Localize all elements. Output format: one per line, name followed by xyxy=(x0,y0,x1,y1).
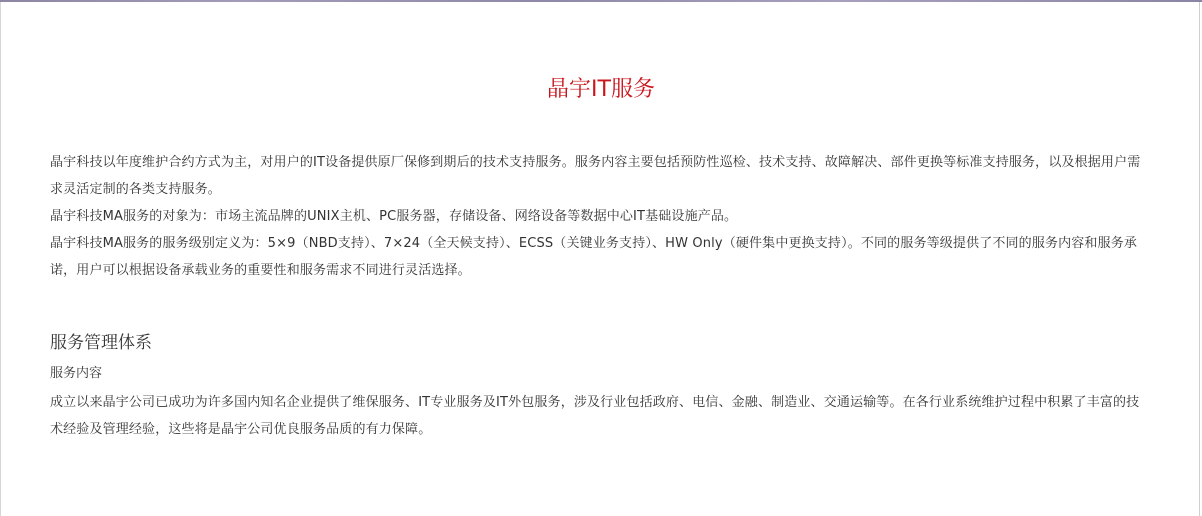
intro-paragraph-2: 晶宇科技MA服务的对象为：市场主流品牌的UNIX主机、PC服务器，存储设备、网络… xyxy=(50,203,1150,230)
intro-section: 晶宇科技以年度维护合约方式为主，对用户的IT设备提供原厂保修到期后的技术支持服务… xyxy=(50,149,1150,284)
service-content-paragraph: 成立以来晶宇公司已成功为许多国内知名企业提供了维保服务、IT专业服务及IT外包服… xyxy=(50,389,1150,443)
section-heading: 服务管理体系 xyxy=(50,329,152,357)
page-title: 晶宇IT服务 xyxy=(0,74,1202,106)
section-subheading: 服务内容 xyxy=(50,360,102,387)
service-content-section: 成立以来晶宇公司已成功为许多国内知名企业提供了维保服务、IT专业服务及IT外包服… xyxy=(50,389,1150,443)
intro-paragraph-1: 晶宇科技以年度维护合约方式为主，对用户的IT设备提供原厂保修到期后的技术支持服务… xyxy=(50,149,1150,203)
intro-paragraph-3: 晶宇科技MA服务的服务级别定义为：5×9（NBD支持）、7×24（全天候支持）、… xyxy=(50,230,1150,284)
